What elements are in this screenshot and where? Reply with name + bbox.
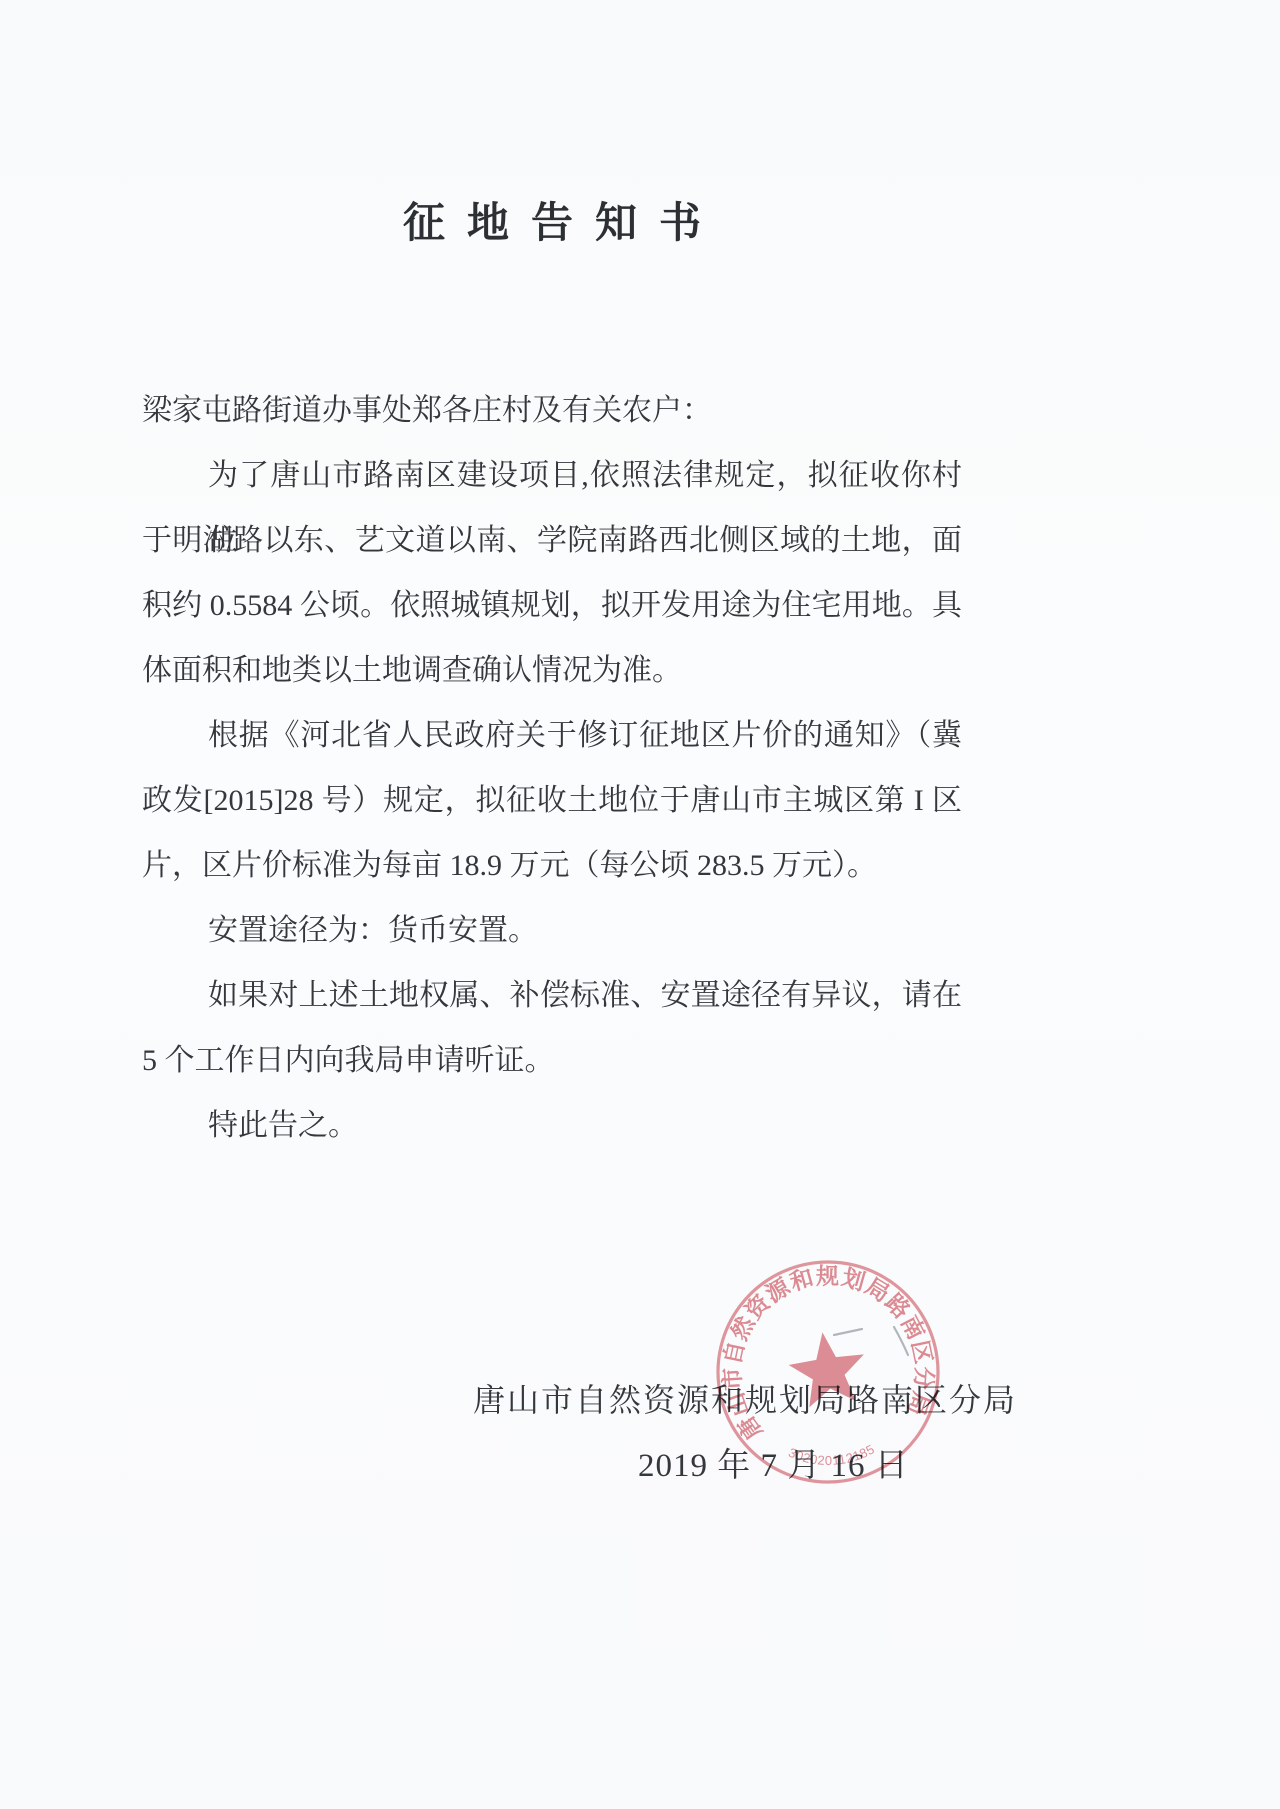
body-line: 如果对上述土地权属、补偿标准、安置途径有异议，请在 [142,963,962,1028]
document-body: 梁家屯路街道办事处郑各庄村及有关农户： 为了唐山市路南区建设项目,依照法律规定，… [142,378,962,1158]
body-line: 5 个工作日内向我局申请听证。 [142,1028,962,1093]
body-line: 政发[2015]28 号）规定，拟征收土地位于唐山市主城区第 I 区 [142,768,962,833]
body-line: 为了唐山市路南区建设项目,依照法律规定，拟征收你村位 [142,443,962,508]
body-line: 体面积和地类以土地调查确认情况为准。 [142,638,962,703]
body-line: 于明湖路以东、艺文道以南、学院南路西北侧区域的土地，面 [142,508,962,573]
salutation-line: 梁家屯路街道办事处郑各庄村及有关农户： [142,378,962,443]
document-title: 征地告知书 [142,196,962,252]
body-line: 积约 0.5584 公顷。依照城镇规划，拟开发用途为住宅用地。具 [142,573,962,638]
body-line: 片，区片价标准为每亩 18.9 万元（每公顷 283.5 万元）。 [142,833,962,898]
body-line: 安置途径为：货币安置。 [142,898,962,963]
pen-dash-mark [834,1329,862,1335]
issue-date: 2019 年 7 月 16 日 [638,1444,909,1488]
issuer-signature: 唐山市自然资源和规划局路南区分局 [473,1378,1017,1422]
handwritten-pen-marks [828,1315,928,1375]
scanned-document-page: 征地告知书 梁家屯路街道办事处郑各庄村及有关农户： 为了唐山市路南区建设项目,依… [0,0,1280,1809]
closing-line: 特此告之。 [142,1093,962,1158]
pen-tick-mark [894,1327,908,1355]
body-line: 根据《河北省人民政府关于修订征地区片价的通知》（冀 [142,703,962,768]
